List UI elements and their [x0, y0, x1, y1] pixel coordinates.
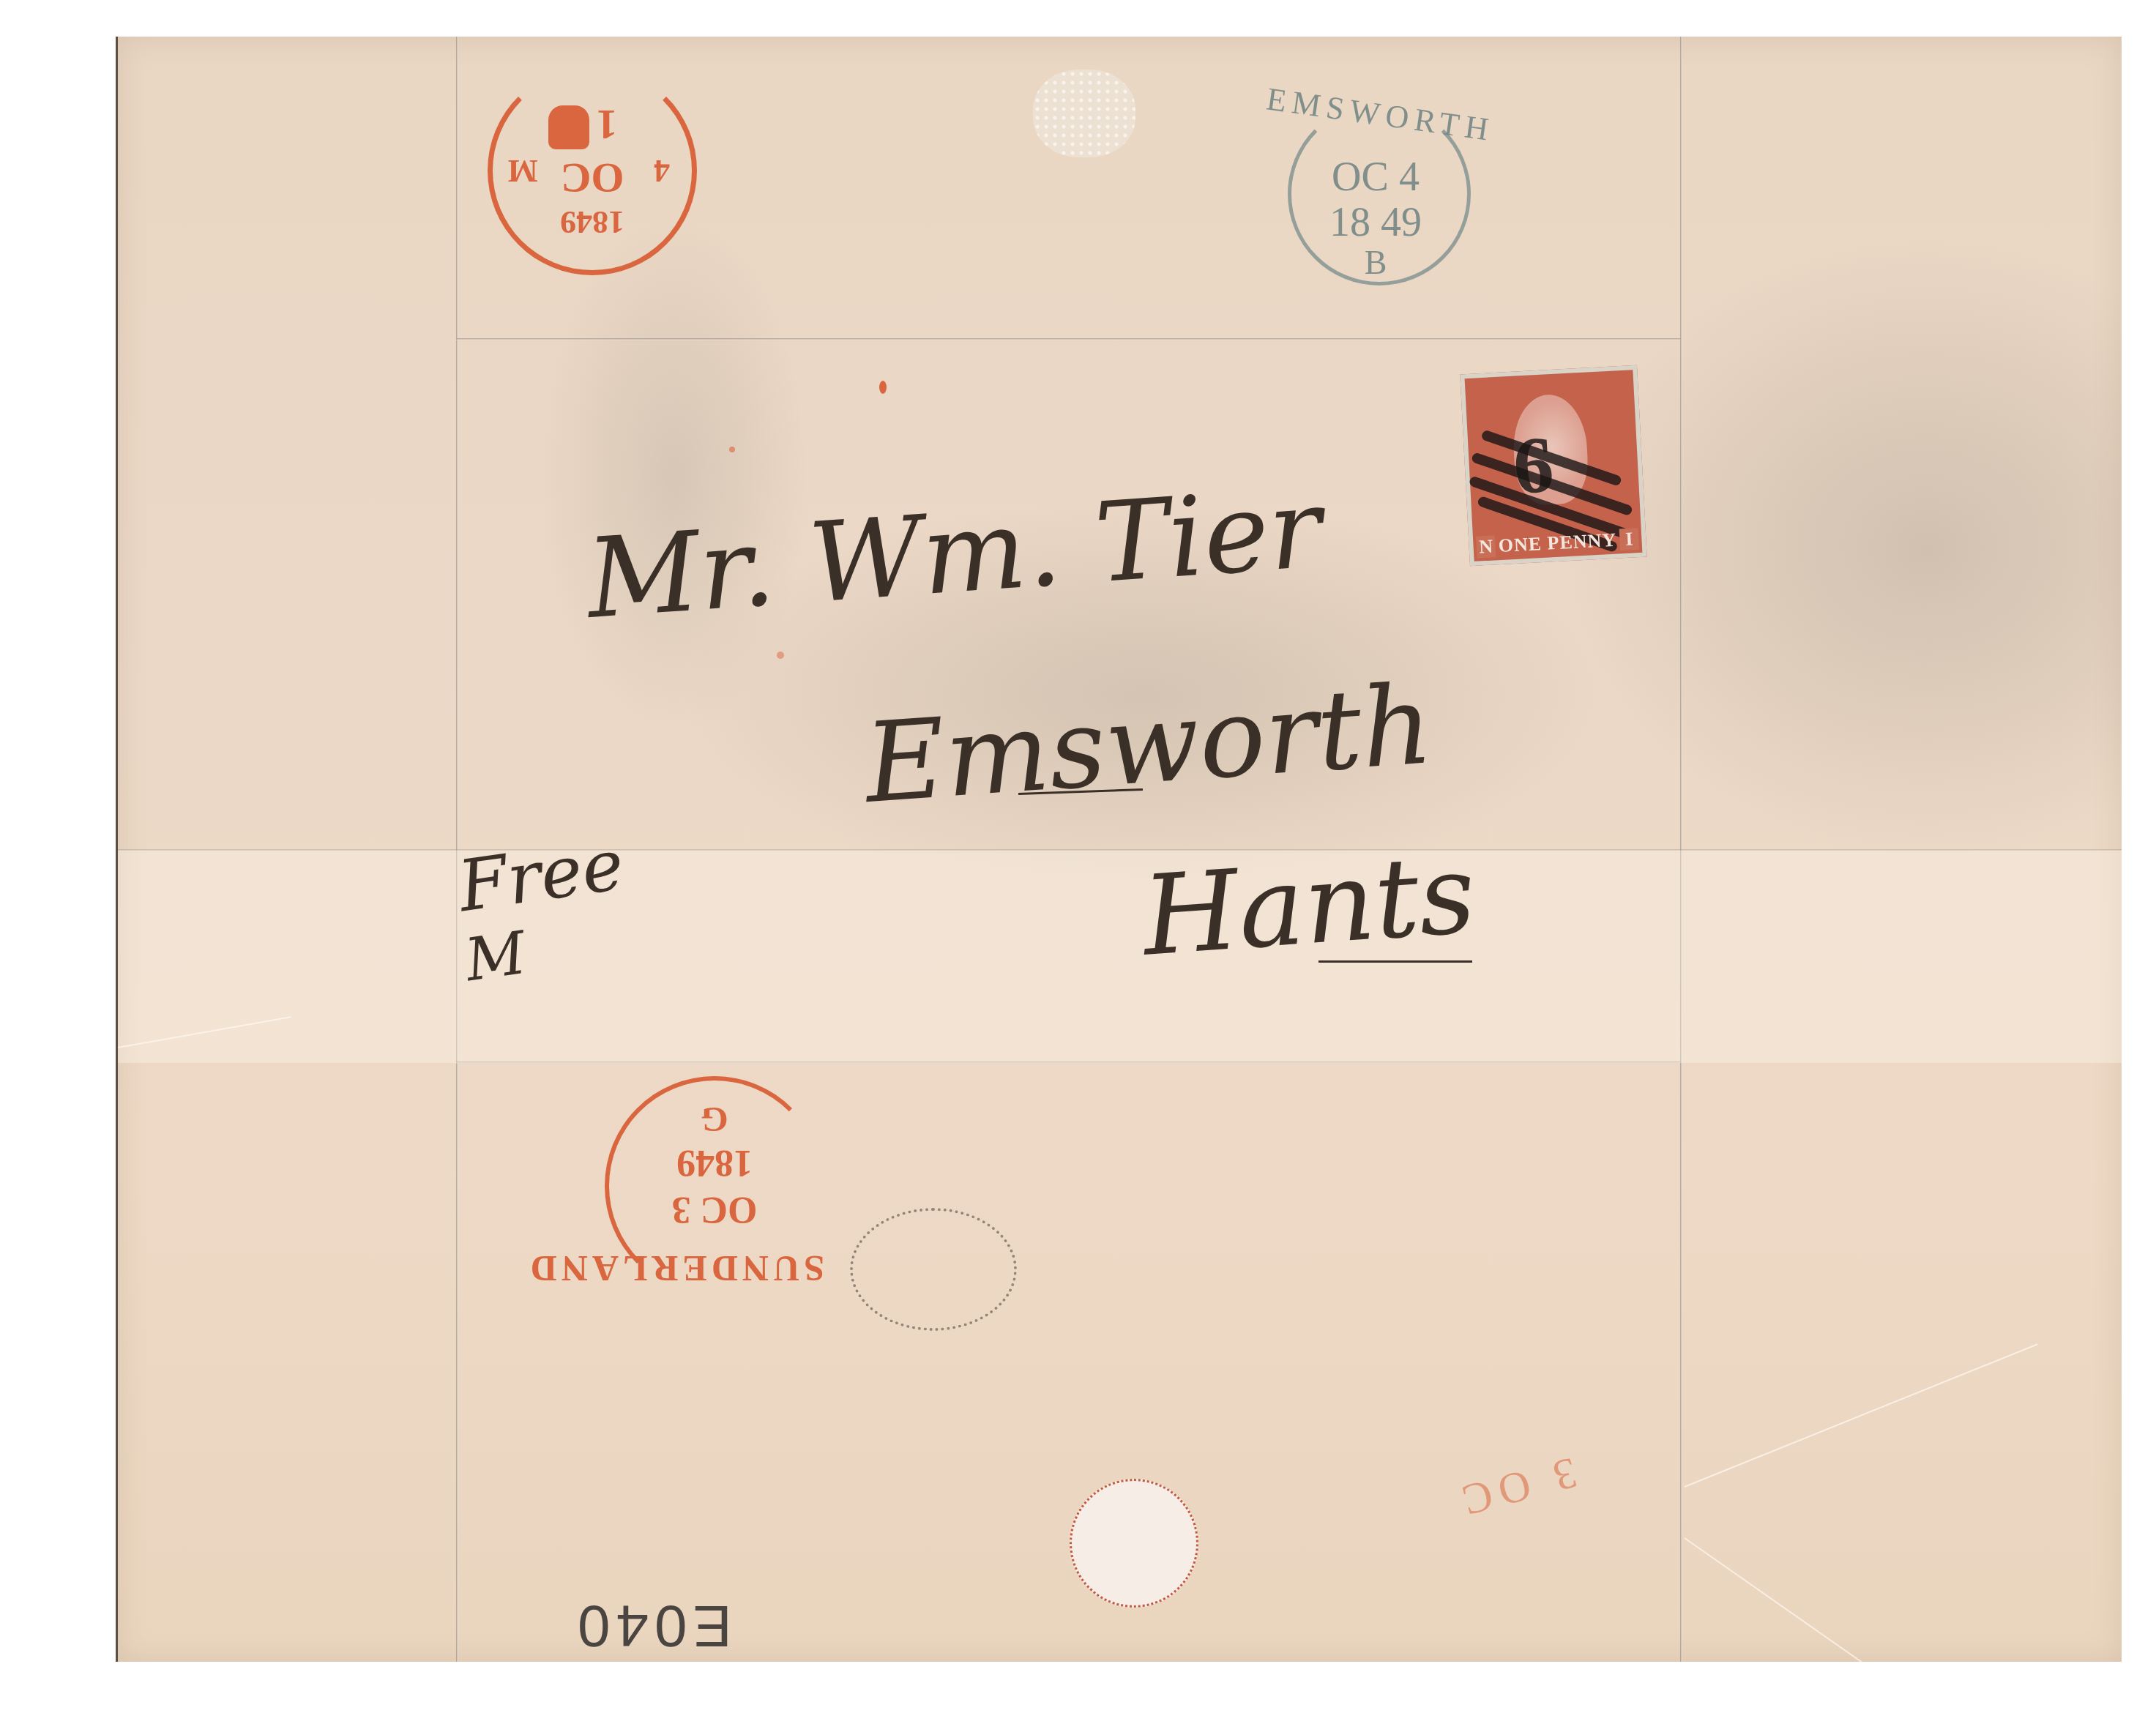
red-ink-speck [879, 381, 887, 394]
emsworth-year: 18 49 [1266, 199, 1485, 246]
london-year: 1849 [493, 204, 692, 241]
faint-red-postmark: 3 OC [1332, 1264, 1657, 1548]
sunderland-town: SUNDERLAND [605, 1247, 824, 1290]
red-ink-speck [729, 447, 735, 452]
london-backstamp: 1849 OC 4 M 1 [488, 66, 697, 275]
sunderland-backstamp: SUNDERLAND OC 3 1849 G [605, 1076, 824, 1296]
faint-black-postmark [850, 1208, 1017, 1331]
corner-letter-right: I [1619, 528, 1640, 551]
wax-seal-remnant [1070, 1479, 1198, 1608]
sunderland-date: OC 3 [605, 1188, 824, 1231]
pencil-reference-number: E040 [572, 1592, 732, 1660]
letter-cover: 1849 OC 4 M 1 EMSWORTH OC 4 18 49 B 6 N … [116, 37, 2122, 1662]
address-county: Hants [1138, 830, 1479, 980]
free-frank-initial: M [461, 919, 530, 994]
crown-icon [548, 105, 589, 149]
emsworth-code: B [1266, 243, 1485, 282]
emsworth-postmark: EMSWORTH OC 4 18 49 B [1266, 81, 1485, 300]
london-number: 1 [493, 100, 721, 149]
emsworth-date: OC 4 [1266, 154, 1485, 201]
horizontal-fold-top [456, 338, 1680, 340]
address-town: Emsworth [861, 661, 1436, 828]
light-fold-band [118, 851, 2122, 1063]
county-underline [1318, 960, 1472, 963]
penny-red-stamp: 6 N ONE PENNY I [1460, 365, 1646, 566]
wafer-seal-impression [1033, 70, 1135, 157]
paper-crease [1685, 1343, 2038, 1488]
stamp-value: ONE PENNY [1473, 528, 1642, 559]
sunderland-year: 1849 [605, 1141, 824, 1184]
paper-crease [1684, 1537, 1865, 1665]
sunderland-code: G [605, 1099, 824, 1139]
london-side-letter: M [493, 152, 553, 190]
addressee-name: Mr. Wm. Tier [583, 465, 1325, 643]
red-ink-speck [777, 652, 784, 659]
